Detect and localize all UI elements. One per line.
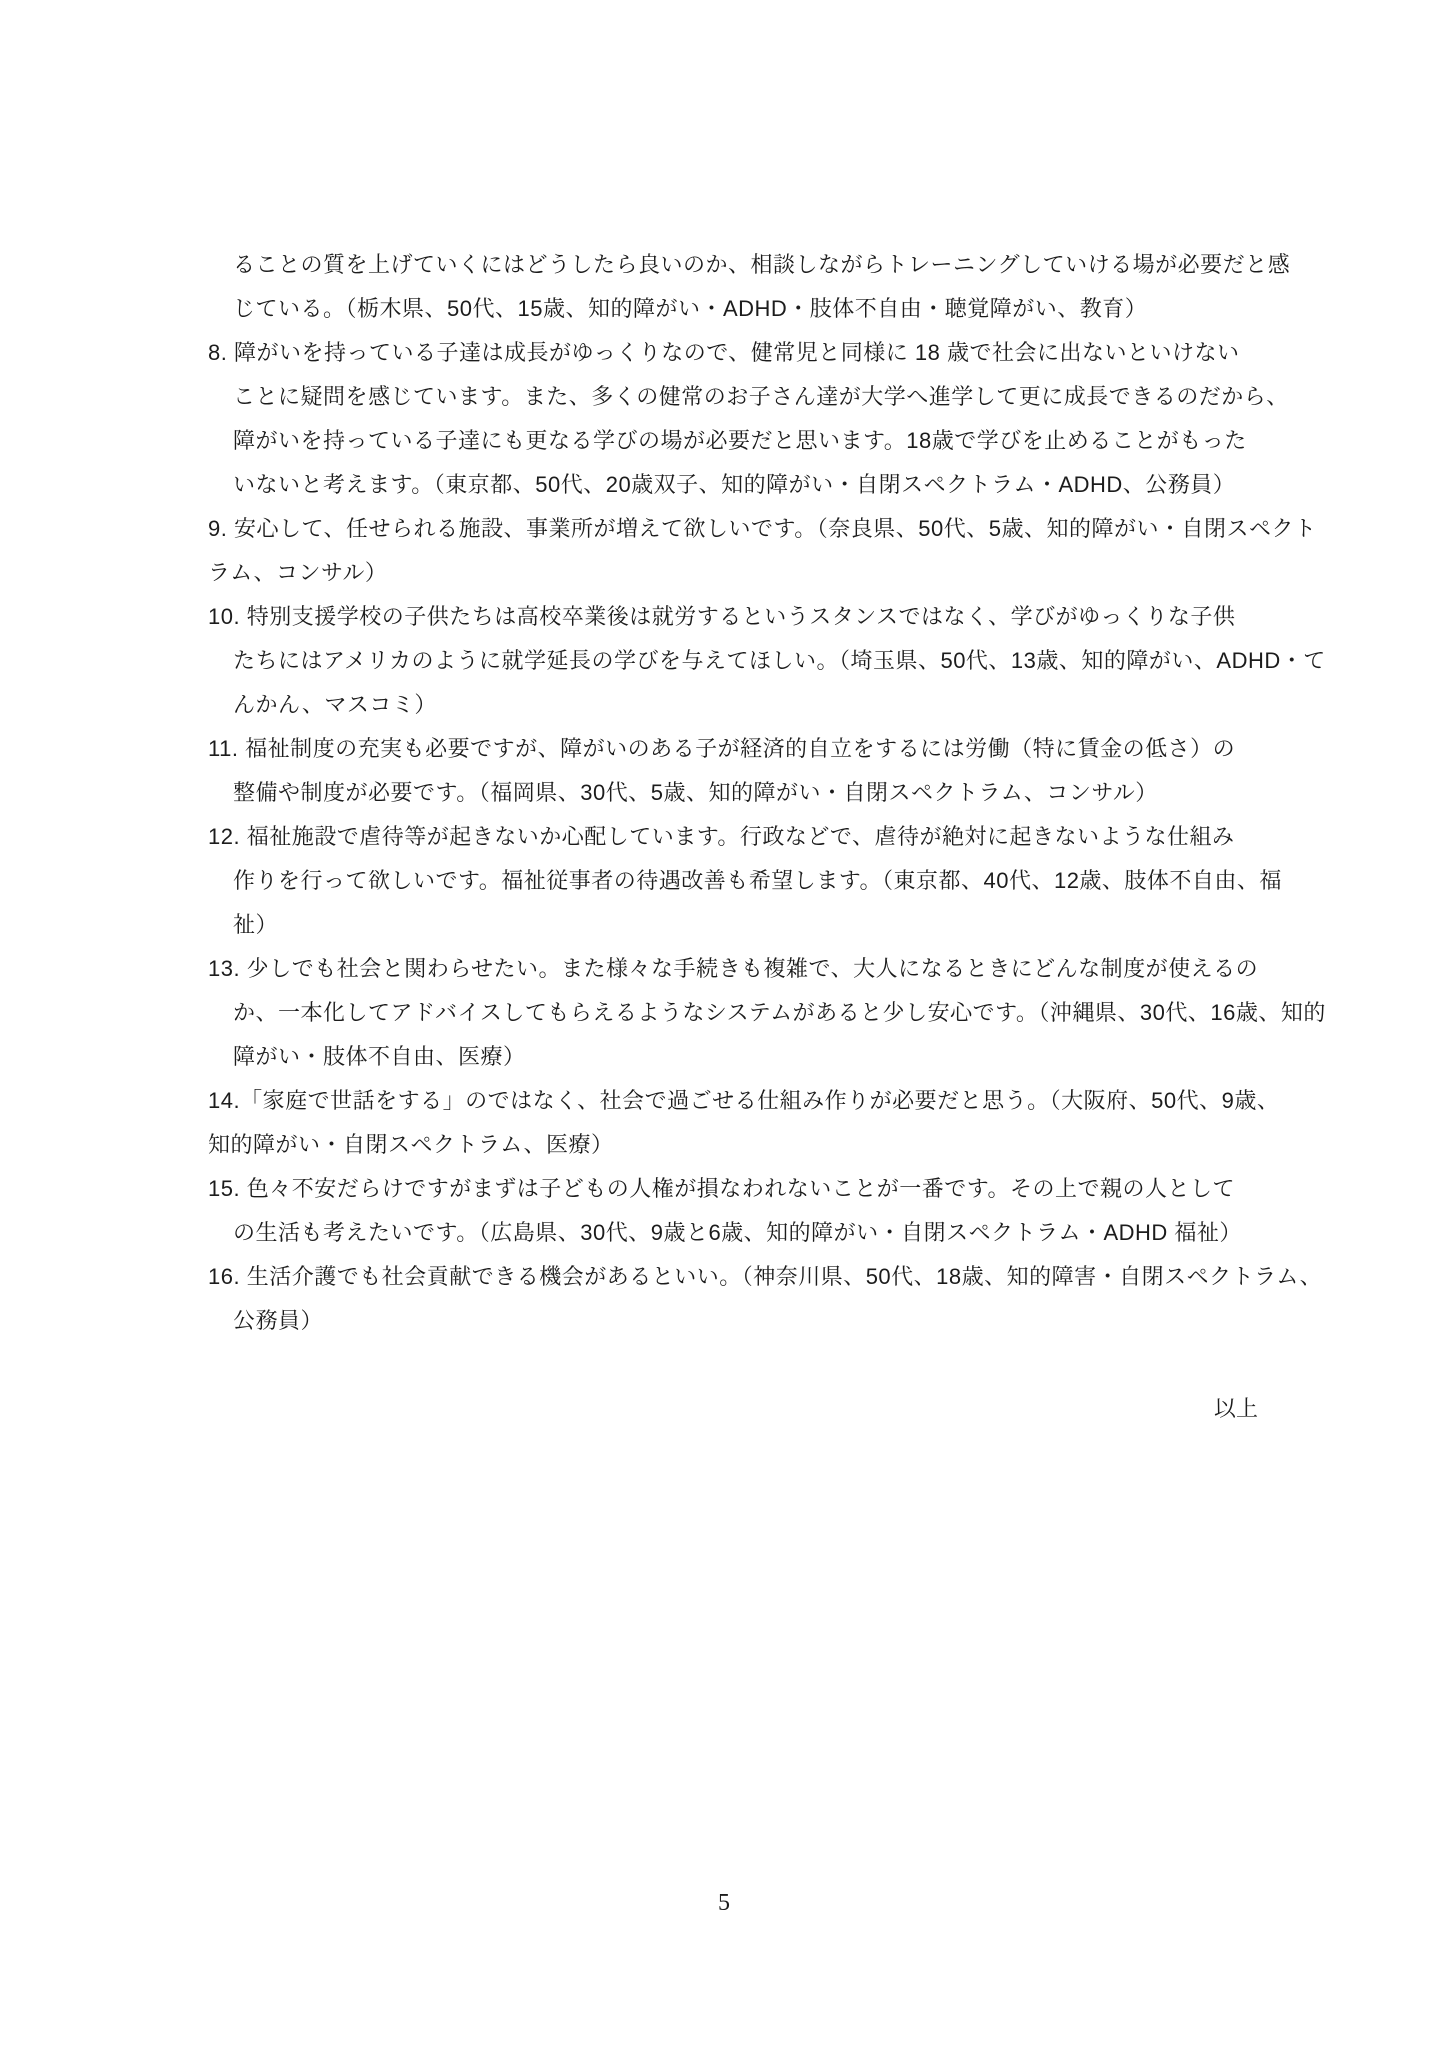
text-line: 作りを行って欲しいです。福祉従事者の待遇改善も希望します。（東京都、40代、12… bbox=[208, 859, 1260, 903]
text-line: んかん、マスコミ） bbox=[208, 683, 1260, 727]
text-line: 8. 障がいを持っている子達は成長がゆっくりなので、健常児と同様に 18 歳で社… bbox=[208, 331, 1260, 375]
text-line: 祉） bbox=[208, 903, 1260, 947]
text-line: 整備や制度が必要です。（福岡県、30代、5歳、知的障がい・自閉スペクトラム、コン… bbox=[208, 771, 1260, 815]
document-page: ることの質を上げていくにはどうしたら良いのか、相談しながらトレーニングしていける… bbox=[0, 0, 1448, 2048]
text-line: 障がいを持っている子達にも更なる学びの場が必要だと思います。18歳で学びを止める… bbox=[208, 419, 1260, 463]
text-line: 15. 色々不安だらけですがまずは子どもの人権が損なわれないことが一番です。その… bbox=[208, 1167, 1260, 1211]
text-line: じている。（栃木県、50代、15歳、知的障がい・ADHD・肢体不自由・聴覚障がい… bbox=[208, 287, 1260, 331]
text-line: たちにはアメリカのように就学延長の学びを与えてほしい。（埼玉県、50代、13歳、… bbox=[208, 639, 1260, 683]
text-line: ることの質を上げていくにはどうしたら良いのか、相談しながらトレーニングしていける… bbox=[208, 243, 1260, 287]
text-line: 13. 少しでも社会と関わらせたい。また様々な手続きも複雑で、大人になるときにど… bbox=[208, 947, 1260, 991]
text-line: 10. 特別支援学校の子供たちは高校卒業後は就労するというスタンスではなく、学び… bbox=[208, 595, 1260, 639]
text-line: 14.「家庭で世話をする」のではなく、社会で過ごせる仕組み作りが必要だと思う。（… bbox=[208, 1079, 1260, 1123]
closing-ijou: 以上 bbox=[208, 1387, 1260, 1431]
text-line: 9. 安心して、任せられる施設、事業所が増えて欲しいです。（奈良県、50代、5歳… bbox=[208, 507, 1260, 551]
body-text: ることの質を上げていくにはどうしたら良いのか、相談しながらトレーニングしていける… bbox=[208, 243, 1260, 1343]
text-line: の生活も考えたいです。（広島県、30代、9歳と6歳、知的障がい・自閉スペクトラム… bbox=[208, 1211, 1260, 1255]
text-line: いないと考えます。（東京都、50代、20歳双子、知的障がい・自閉スペクトラム・A… bbox=[208, 463, 1260, 507]
document-content: ることの質を上げていくにはどうしたら良いのか、相談しながらトレーニングしていける… bbox=[208, 243, 1260, 1431]
text-line: 公務員） bbox=[208, 1299, 1260, 1343]
text-line: か、一本化してアドバイスしてもらえるようなシステムがあると少し安心です。（沖縄県… bbox=[208, 991, 1260, 1035]
text-line: 12. 福祉施設で虐待等が起きないか心配しています。行政などで、虐待が絶対に起き… bbox=[208, 815, 1260, 859]
text-line: 障がい・肢体不自由、医療） bbox=[208, 1035, 1260, 1079]
text-line: 16. 生活介護でも社会貢献できる機会があるといい。（神奈川県、50代、18歳、… bbox=[208, 1255, 1260, 1299]
text-line: ラム、コンサル） bbox=[208, 551, 1260, 595]
text-line: ことに疑問を感じています。また、多くの健常のお子さん達が大学へ進学して更に成長で… bbox=[208, 375, 1260, 419]
page-number: 5 bbox=[0, 1890, 1448, 1917]
text-line: 知的障がい・自閉スペクトラム、医療） bbox=[208, 1123, 1260, 1167]
text-line: 11. 福祉制度の充実も必要ですが、障がいのある子が経済的自立をするには労働（特… bbox=[208, 727, 1260, 771]
